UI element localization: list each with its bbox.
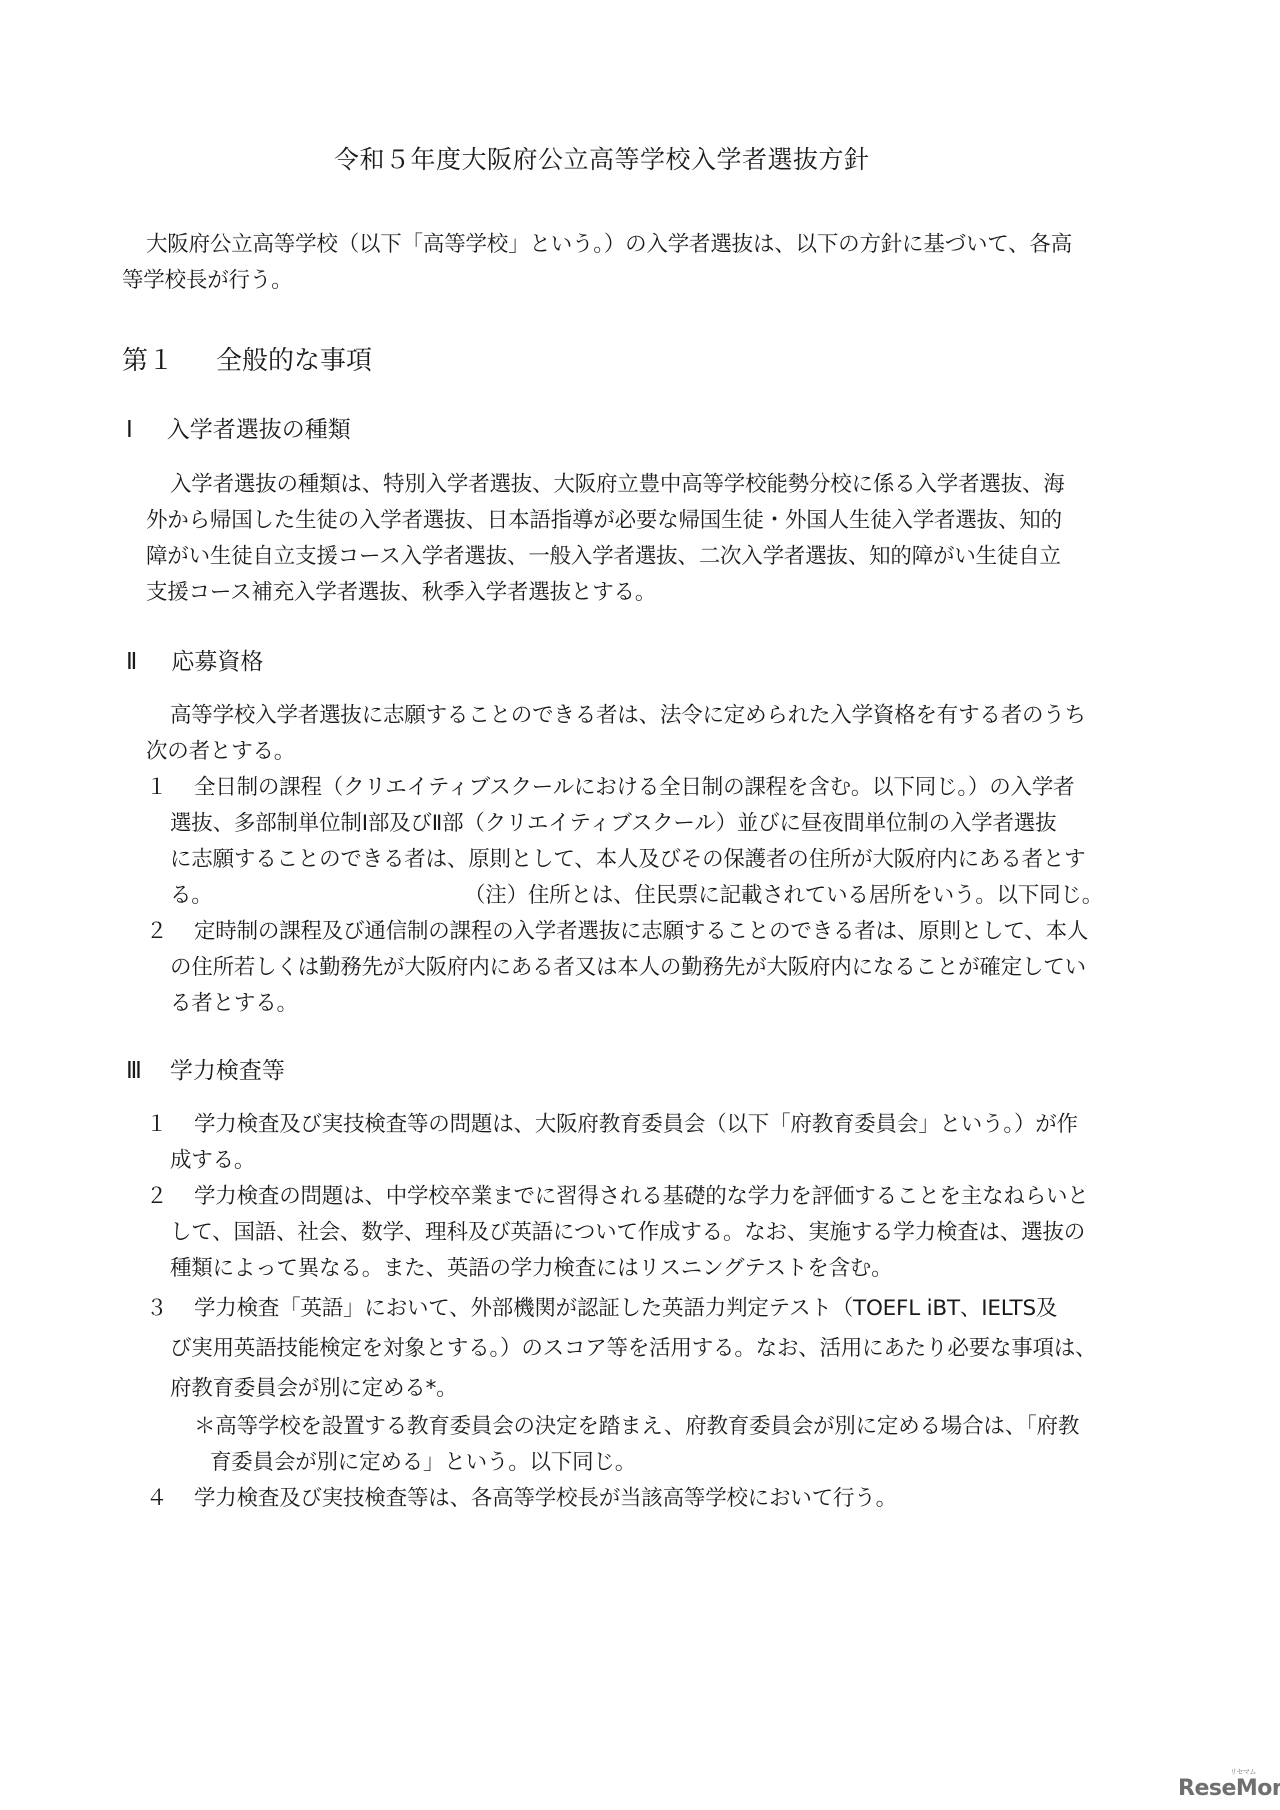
chapter-heading: 第１全般的な事項 [122,340,372,377]
footnote-line: 育委員会が別に定める」という。以下同じ。 [210,1445,636,1476]
resemom-logo: ReseMom リセマム [1178,1776,1280,1801]
list-item-line: 学力検査及び実技検査等の問題は、大阪府教育委員会（以下「府教育委員会」という。）… [194,1107,1078,1138]
section-2-para-line-1: 高等学校入学者選抜に志願することのできる者は、法令に定められた入学資格を有する者… [170,698,1086,729]
section-1-para-line-1: 入学者選抜の種類は、特別入学者選抜、大阪府立豊中高等学校能勢分校に係る入学者選抜… [170,467,1065,498]
section-numeral: Ⅱ [126,649,137,675]
address-note: （注）住所とは、住民票に記載されている居所をいう。以下同じ。 [464,878,1103,909]
list-item-number: １ [146,770,167,801]
list-item-number: ４ [146,1481,167,1512]
list-item-line: る。 [170,878,213,909]
list-item-line: 学力検査の問題は、中学校卒業までに習得される基礎的な学力を評価することを主なねら… [194,1179,1089,1210]
list-item-line: る者とする。 [170,986,298,1017]
section-2-para-line-2: 次の者とする。 [146,734,295,765]
section-1-para-line-2: 外から帰国した生徒の入学者選抜、日本語指導が必要な帰国生徒・外国人生徒入学者選抜… [146,503,1062,534]
section-title: 学力検査等 [170,1058,285,1084]
list-item-line: して、国語、社会、数学、理科及び英語について作成する。なお、実施する学力検査は、… [170,1215,1085,1246]
list-item-line: 学力検査及び実技検査等は、各高等学校長が当該高等学校において行う。 [194,1481,897,1512]
document-title: 令和５年度大阪府公立高等学校入学者選抜方針 [334,140,870,176]
list-item-number: ３ [146,1291,167,1322]
list-item-line: の住所若しくは勤務先が大阪府内にある者又は本人の勤務先が大阪府内になることが確定… [170,950,1086,981]
list-item-line: 全日制の課程（クリエイティブスクールにおける全日制の課程を含む。以下同じ。）の入… [194,770,1074,801]
section-numeral: Ⅲ [126,1058,142,1084]
list-item-number: ２ [146,914,167,945]
section-numeral: Ⅰ [126,417,133,443]
intro-line-1: 大阪府公立高等学校（以下「高等学校」という。）の入学者選抜は、以下の方針に基づい… [146,227,1072,258]
section-heading-1: Ⅰ入学者選抜の種類 [126,411,351,444]
list-item-line: 選抜、多部制単位制Ⅰ部及びⅡ部（クリエイティブスクール）並びに昼夜間単位制の入学… [170,806,1056,837]
list-item-line: 学力検査「英語」において、外部機関が認証した英語力判定テスト（TOEFL iBT… [194,1291,1057,1322]
list-item-line: 種類によって異なる。また、英語の学力検査にはリスニングテストを含む。 [170,1251,892,1282]
section-heading-3: Ⅲ学力検査等 [126,1052,285,1085]
list-item-line: び実用英語技能検定を対象とする。）のスコア等を活用する。なお、活用にあたり必要な… [170,1331,1096,1362]
document-page: 令和５年度大阪府公立高等学校入学者選抜方針 大阪府公立高等学校（以下「高等学校」… [0,0,1280,1810]
section-title: 入学者選抜の種類 [167,417,351,443]
section-title: 応募資格 [171,649,263,675]
list-item-line: 府教育委員会が別に定める*。 [170,1371,457,1402]
chapter-title: 全般的な事項 [216,346,372,376]
section-1-para-line-4: 支援コース補充入学者選抜、秋季入学者選抜とする。 [146,575,656,606]
chapter-number: 第１ [122,346,174,376]
section-heading-2: Ⅱ応募資格 [126,643,263,676]
list-item-line: 成する。 [170,1143,255,1174]
footnote-line: ＊高等学校を設置する教育委員会の決定を踏まえ、府教育委員会が別に定める場合は、「… [194,1409,1079,1440]
list-item-number: １ [146,1107,167,1138]
section-1-para-line-3: 障がい生徒自立支援コース入学者選抜、一般入学者選抜、二次入学者選抜、知的障がい生… [146,539,1061,570]
intro-line-2: 等学校長が行う。 [122,263,292,294]
list-item-number: ２ [146,1179,167,1210]
list-item-line: に志願することのできる者は、原則として、本人及びその保護者の住所が大阪府内にある… [170,842,1085,873]
logo-text: ReseMom [1178,1776,1280,1801]
logo-kana: リセマム [1230,1767,1256,1777]
list-item-line: 定時制の課程及び通信制の課程の入学者選抜に志願することのできる者は、原則として、… [194,914,1088,945]
